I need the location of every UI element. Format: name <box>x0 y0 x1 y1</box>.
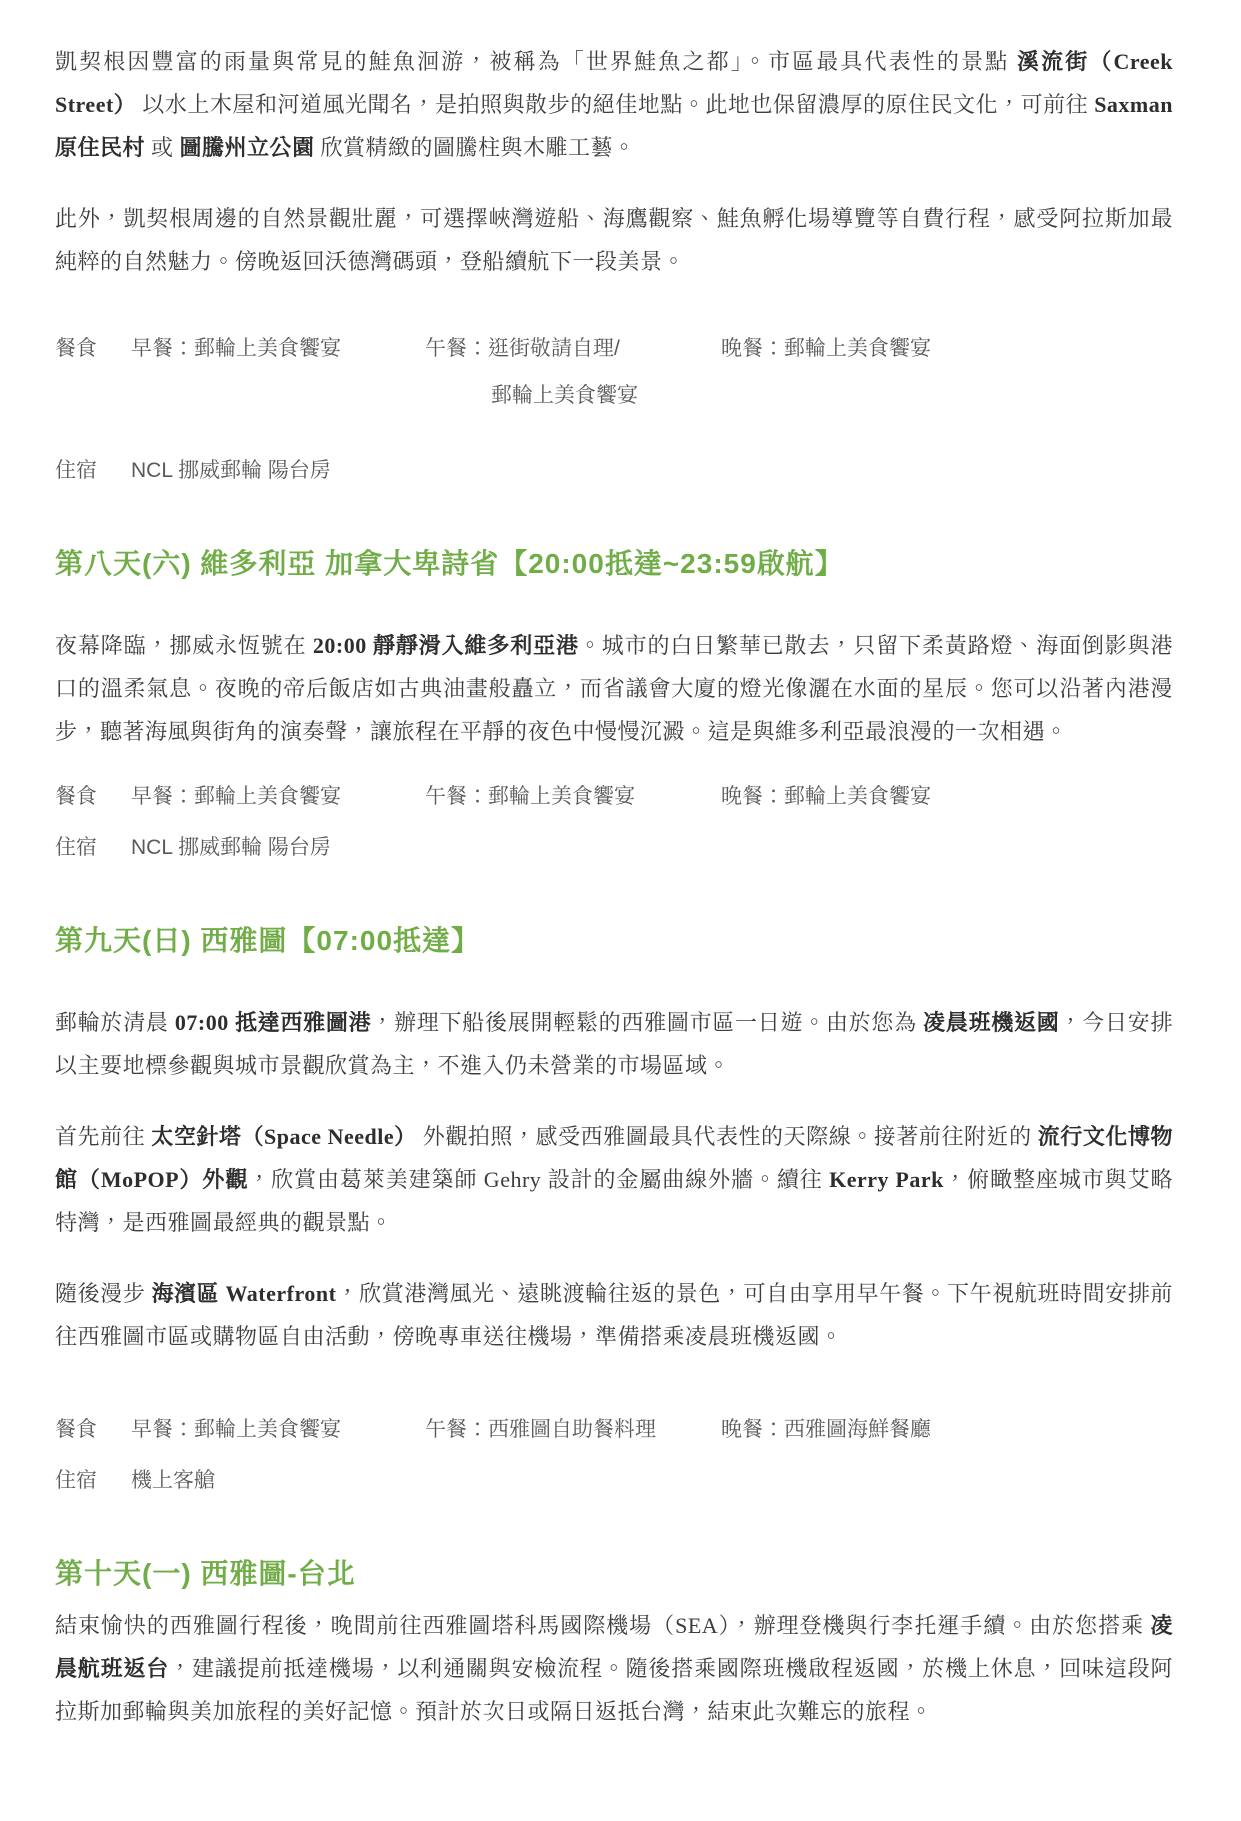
paragraph-seattle-waterfront: 隨後漫步 海濱區 Waterfront，欣賞港灣風光、遠眺渡輪往返的景色，可自由… <box>55 1272 1173 1358</box>
itinerary-page: 凱契根因豐富的雨量與常見的鮭魚洄游，被稱為「世界鮭魚之都」。市區最具代表性的景點… <box>0 0 1241 1821</box>
meals-row: 餐食 早餐：郵輪上美食饗宴 午餐：逛街敬請自理/ 郵輪上美食饗宴 晚餐：郵輪上美… <box>55 333 1173 411</box>
stay-value: 機上客艙 <box>131 1465 1173 1496</box>
lunch-value: 午餐：西雅圖自助餐料理 <box>425 1414 721 1445</box>
breakfast-value: 早餐：郵輪上美食饗宴 <box>131 333 425 364</box>
meals-row: 餐食 早餐：郵輪上美食饗宴 午餐：西雅圖自助餐料理 晚餐：西雅圖海鮮餐廳 <box>55 1414 1173 1445</box>
meals-label: 餐食 <box>55 333 131 364</box>
stay-label: 住宿 <box>55 1465 131 1496</box>
day-heading-day9: 第九天(日) 西雅圖【07:00抵達】 <box>55 919 1173 959</box>
breakfast-value: 早餐：郵輪上美食饗宴 <box>131 781 425 812</box>
stay-label: 住宿 <box>55 832 131 863</box>
meals-label: 餐食 <box>55 1414 131 1445</box>
paragraph-ketchikan-nature: 此外，凱契根周邊的自然景觀壯麗，可選擇峽灣遊船、海鷹觀察、鮭魚孵化場導覽等自費行… <box>55 197 1173 283</box>
section-day9-seattle: 第九天(日) 西雅圖【07:00抵達】 郵輪於清晨 07:00 抵達西雅圖港，辦… <box>55 919 1173 1496</box>
paragraph-return-flight: 結束愉快的西雅圖行程後，晚間前往西雅圖塔科馬國際機場（SEA），辦理登機與行李托… <box>55 1604 1173 1733</box>
section-ketchikan: 凱契根因豐富的雨量與常見的鮭魚洄游，被稱為「世界鮭魚之都」。市區最具代表性的景點… <box>55 40 1173 486</box>
stay-row: 住宿 機上客艙 <box>55 1465 1173 1496</box>
stay-value: NCL 挪威郵輪 陽台房 <box>131 455 1173 486</box>
stay-row: 住宿 NCL 挪威郵輪 陽台房 <box>55 832 1173 863</box>
dinner-value: 晚餐：西雅圖海鮮餐廳 <box>721 1414 1173 1445</box>
meals-row: 餐食 早餐：郵輪上美食饗宴 午餐：郵輪上美食饗宴 晚餐：郵輪上美食饗宴 <box>55 781 1173 812</box>
stay-row: 住宿 NCL 挪威郵輪 陽台房 <box>55 455 1173 486</box>
lunch-line2: 郵輪上美食饗宴 <box>425 380 721 411</box>
paragraph-seattle-arrival: 郵輪於清晨 07:00 抵達西雅圖港，辦理下船後展開輕鬆的西雅圖市區一日遊。由於… <box>55 1001 1173 1087</box>
paragraph-seattle-landmarks: 首先前往 太空針塔（Space Needle） 外觀拍照，感受西雅圖最具代表性的… <box>55 1115 1173 1244</box>
section-day10-return: 第十天(一) 西雅圖-台北 結束愉快的西雅圖行程後，晚間前往西雅圖塔科馬國際機場… <box>55 1552 1173 1733</box>
dinner-value: 晚餐：郵輪上美食饗宴 <box>721 333 1173 364</box>
lunch-value: 午餐：逛街敬請自理/ 郵輪上美食饗宴 <box>425 333 721 411</box>
lunch-value: 午餐：郵輪上美食饗宴 <box>425 781 721 812</box>
meals-label: 餐食 <box>55 781 131 812</box>
section-day8-victoria: 第八天(六) 維多利亞 加拿大卑詩省【20:00抵達~23:59啟航】 夜幕降臨… <box>55 542 1173 863</box>
stay-label: 住宿 <box>55 455 131 486</box>
day-heading-day8: 第八天(六) 維多利亞 加拿大卑詩省【20:00抵達~23:59啟航】 <box>55 542 1173 582</box>
dinner-value: 晚餐：郵輪上美食饗宴 <box>721 781 1173 812</box>
paragraph-ketchikan-sights: 凱契根因豐富的雨量與常見的鮭魚洄游，被稱為「世界鮭魚之都」。市區最具代表性的景點… <box>55 40 1173 169</box>
day-heading-day10: 第十天(一) 西雅圖-台北 <box>55 1552 1173 1592</box>
paragraph-victoria-night: 夜幕降臨，挪威永恆號在 20:00 靜靜滑入維多利亞港。城市的白日繁華已散去，只… <box>55 624 1173 753</box>
stay-value: NCL 挪威郵輪 陽台房 <box>131 832 1173 863</box>
breakfast-value: 早餐：郵輪上美食饗宴 <box>131 1414 425 1445</box>
lunch-line1: 午餐：逛街敬請自理/ <box>425 337 620 360</box>
